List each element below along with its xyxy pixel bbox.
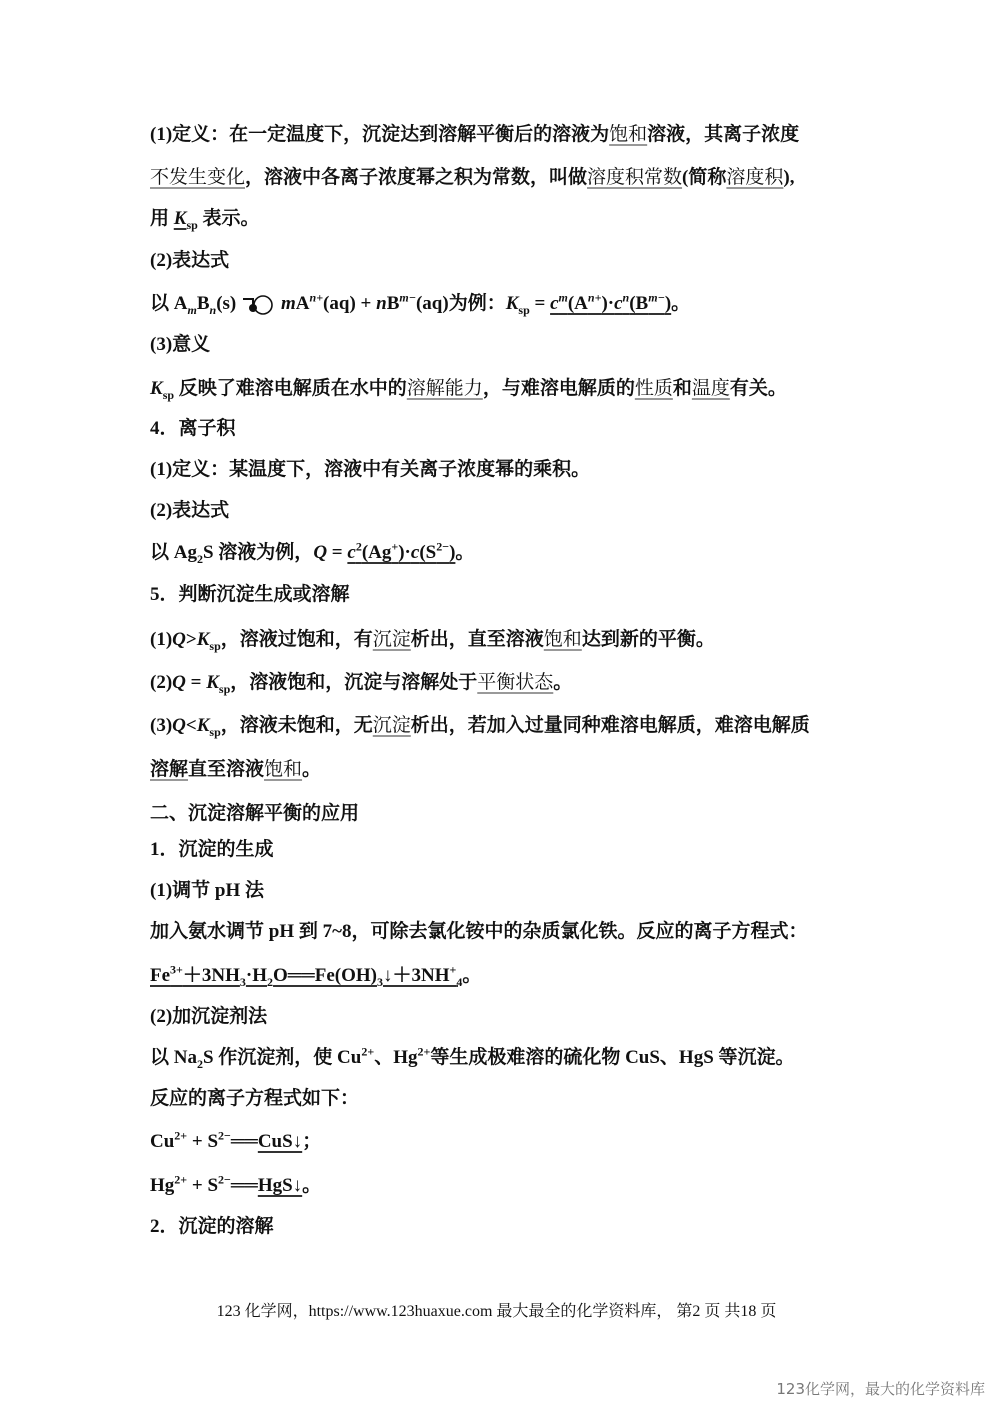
text: = [530,293,550,314]
superscript: m [559,291,568,305]
blank-answer: 溶度积常数 [587,166,682,188]
text: ，与难溶电解质的 [483,378,635,399]
text: 以 Na [150,1047,197,1068]
superscript: 2+ [361,1045,374,1059]
section-4-heading: 4．离子积 [150,417,236,441]
section-2-heading: 二、沉淀溶解平衡的应用 [150,802,359,826]
text: )· [601,293,614,314]
text: (A [568,293,588,314]
text: 。 [302,1175,321,1196]
judge-line-2: (2)Q = Ksp，溶液饱和，沉淀与溶解处于平衡状态。 [150,670,572,695]
text: ，溶液过饱和，有 [221,629,373,650]
method-precipitant-heading: (2)加沉淀剂法 [150,1005,267,1029]
blank-answer-fe-equation: Fe3+＋3NH3·H2O══Fe(OH)3↓＋3NH+4 [150,965,462,986]
blank-answer: 饱和 [264,758,302,780]
blank-answer: 饱和 [609,123,647,145]
judge-line-3: (3)Q<Ksp，溶液未饱和，无沉淀析出，若加入过量同种难溶电解质，难溶电解质 [150,713,810,738]
text: 。 [302,759,321,780]
heading-meaning: (3)意义 [150,333,210,357]
text: m [281,293,296,314]
text: = [327,542,347,563]
text: 和 [673,378,692,399]
text: S 作沉淀剂，使 Cu [203,1047,361,1068]
text: (S [419,542,436,563]
text: 、Hg [374,1047,417,1068]
blank-answer-ksp: Ksp [174,208,198,229]
text: Q [313,542,327,563]
subsection-2-heading: 2．沉淀的溶解 [150,1215,274,1239]
blank-answer: 平衡状态 [477,671,553,693]
text: = [186,672,206,693]
text: ·H [246,965,267,986]
text: (2) [150,672,172,693]
superscript: 2+ [417,1045,430,1059]
heading-expression-2: (2)表达式 [150,499,229,523]
equations-intro: 反应的离子方程式如下： [150,1087,359,1111]
text: (s) [216,293,241,314]
text: S 溶液为例， [203,542,313,563]
text: (1)定义：在一定温度下，沉淀达到溶解平衡后的溶液为 [150,124,609,145]
text: 析出，直至溶液 [411,629,544,650]
superscript: m− [399,291,416,305]
text: c [550,293,558,314]
text: Hg [150,1175,174,1196]
blank-answer: HgS↓ [258,1175,302,1196]
definition-line-3: 用 Ksp 表示。 [150,207,260,231]
method-ph-description: 加入氨水调节 pH 到 7~8，可除去氯化铵中的杂质氯化铁。反应的离子方程式： [150,920,807,944]
superscript: n+ [310,291,324,305]
text: K [197,715,210,736]
superscript: n+ [588,291,602,305]
fe-equation-line: Fe3+＋3NH3·H2O══Fe(OH)3↓＋3NH+4。 [150,964,481,988]
heading-expression: (2)表达式 [150,249,229,273]
meaning-line: Ksp 反映了难溶电解质在水中的溶解能力，与难溶电解质的性质和温度有关。 [150,376,787,401]
blank-answer: 溶解能力 [407,377,483,399]
text: (aq) + [323,293,376,314]
superscript: 2+ [174,1129,187,1143]
blank-answer: 饱和 [544,628,582,650]
ksp-expression-line: 以 AmBn(s) mAn+(aq) + nBm−(aq)为例：Ksp = cm… [150,292,690,316]
text: n [376,293,387,314]
definition-line-2: 不发生变化，溶液中各离子浓度幂之积为常数，叫做溶度积常数(简称溶度积), [150,165,794,190]
cu-equation-line: Cu2+ + S2−══CuS↓； [150,1130,321,1154]
superscript: 2− [436,540,449,554]
text: 用 [150,208,174,229]
text: ══ [231,1131,258,1152]
text: K [174,208,187,229]
superscript: 2+ [174,1173,187,1187]
text: 等生成极难溶的硫化物 CuS、HgS 等沉淀。 [430,1047,794,1068]
text: > [186,629,197,650]
subsection-1-heading: 1．沉淀的生成 [150,838,274,862]
subscript: sp [209,725,220,739]
text: B [197,293,210,314]
text: 溶液，其离子浓度 [647,124,799,145]
text: ＋3NH [183,965,240,986]
text: Q [172,672,186,693]
precipitant-description: 以 Na2S 作沉淀剂，使 Cu2+、Hg2+等生成极难溶的硫化物 CuS、Hg… [150,1046,795,1070]
text: ，溶液未饱和，无 [221,715,373,736]
judge-line-1: (1)Q>Ksp，溶液过饱和，有沉淀析出，直至溶液饱和达到新的平衡。 [150,627,715,652]
text: K [506,293,519,314]
text: )· [398,542,411,563]
text: ，溶液中各离子浓度幂之积为常数，叫做 [245,167,587,188]
method-ph-heading: (1)调节 pH 法 [150,879,264,903]
superscript: m− [648,291,665,305]
superscript: 2− [218,1129,231,1143]
subscript: sp [163,388,174,402]
text: ══ [231,1175,258,1196]
watermark: 123化学网，最大的化学资料库 [776,1378,985,1399]
blank-answer: 溶度积 [726,166,783,188]
blank-answer-q-formula: c2(Ag+)·c(S2−) [347,542,455,563]
text: < [186,715,197,736]
subscript: sp [209,639,220,653]
text: c [347,542,355,563]
text: 达到新的平衡。 [582,629,715,650]
text: K [150,378,163,399]
text: 。 [462,965,481,986]
text: ，溶液饱和，沉淀与溶解处于 [230,672,477,693]
blank-answer: CuS↓ [258,1131,302,1152]
text: + S [187,1131,218,1152]
text: O══Fe(OH) [273,965,377,986]
text: K [206,672,219,693]
q-expression-line: 以 Ag2S 溶液为例，Q = c2(Ag+)·c(S2−)。 [150,541,474,565]
text: (1) [150,629,172,650]
subscript: sp [219,682,230,696]
text: 以 A [150,293,187,314]
blank-answer: 沉淀 [373,714,411,736]
text: Fe [150,965,170,986]
superscript: 3+ [170,963,183,977]
text: 反映了难溶电解质在水中的 [174,378,407,399]
hg-equation-line: Hg2+ + S2−══HgS↓。 [150,1174,321,1198]
section-5-heading: 5．判断沉淀生成或溶解 [150,583,350,607]
blank-answer: 温度 [692,377,730,399]
subscript: sp [186,218,197,232]
text: ； [302,1131,321,1152]
subscript: sp [518,303,529,317]
reversible-arrow-icon [241,294,281,316]
text: + S [187,1175,218,1196]
text: (B [629,293,648,314]
text: 有关。 [730,378,787,399]
text: Q [172,715,186,736]
page-footer: 123 化学网，https://www.123huaxue.com 最大最全的化… [0,1298,993,1321]
text: ), [783,167,794,188]
text: B [387,293,400,314]
text: 以 Ag [150,542,197,563]
text: (Ag [362,542,392,563]
text: 析出，若加入过量同种难溶电解质，难溶电解质 [411,715,810,736]
subscript: m [187,303,196,317]
text: Cu [150,1131,174,1152]
text: (简称 [682,167,726,188]
text: K [197,629,210,650]
text: Q [172,629,186,650]
text: 。 [455,542,474,563]
text: 表示。 [198,208,260,229]
blank-answer: 性质 [635,377,673,399]
blank-answer: 溶解 [150,759,188,780]
blank-answer: 不发生变化 [150,166,245,188]
text: (aq)为例： [416,293,506,314]
text: ↓＋3NH [383,965,450,986]
text: 。 [671,293,690,314]
text: c [614,293,622,314]
definition-line-1: (1)定义：在一定温度下，沉淀达到溶解平衡后的溶液为饱和溶液，其离子浓度 [150,122,799,147]
text: A [296,293,310,314]
text: (3) [150,715,172,736]
judge-line-4: 溶解直至溶液饱和。 [150,757,321,782]
text: 直至溶液 [188,759,264,780]
blank-answer-ksp-formula: cm(An+)·cn(Bm−) [550,293,671,314]
text: 。 [553,672,572,693]
ion-product-definition: (1)定义：某温度下，溶液中有关离子浓度幂的乘积。 [150,458,590,482]
blank-answer: 沉淀 [373,628,411,650]
superscript: 2− [218,1173,231,1187]
